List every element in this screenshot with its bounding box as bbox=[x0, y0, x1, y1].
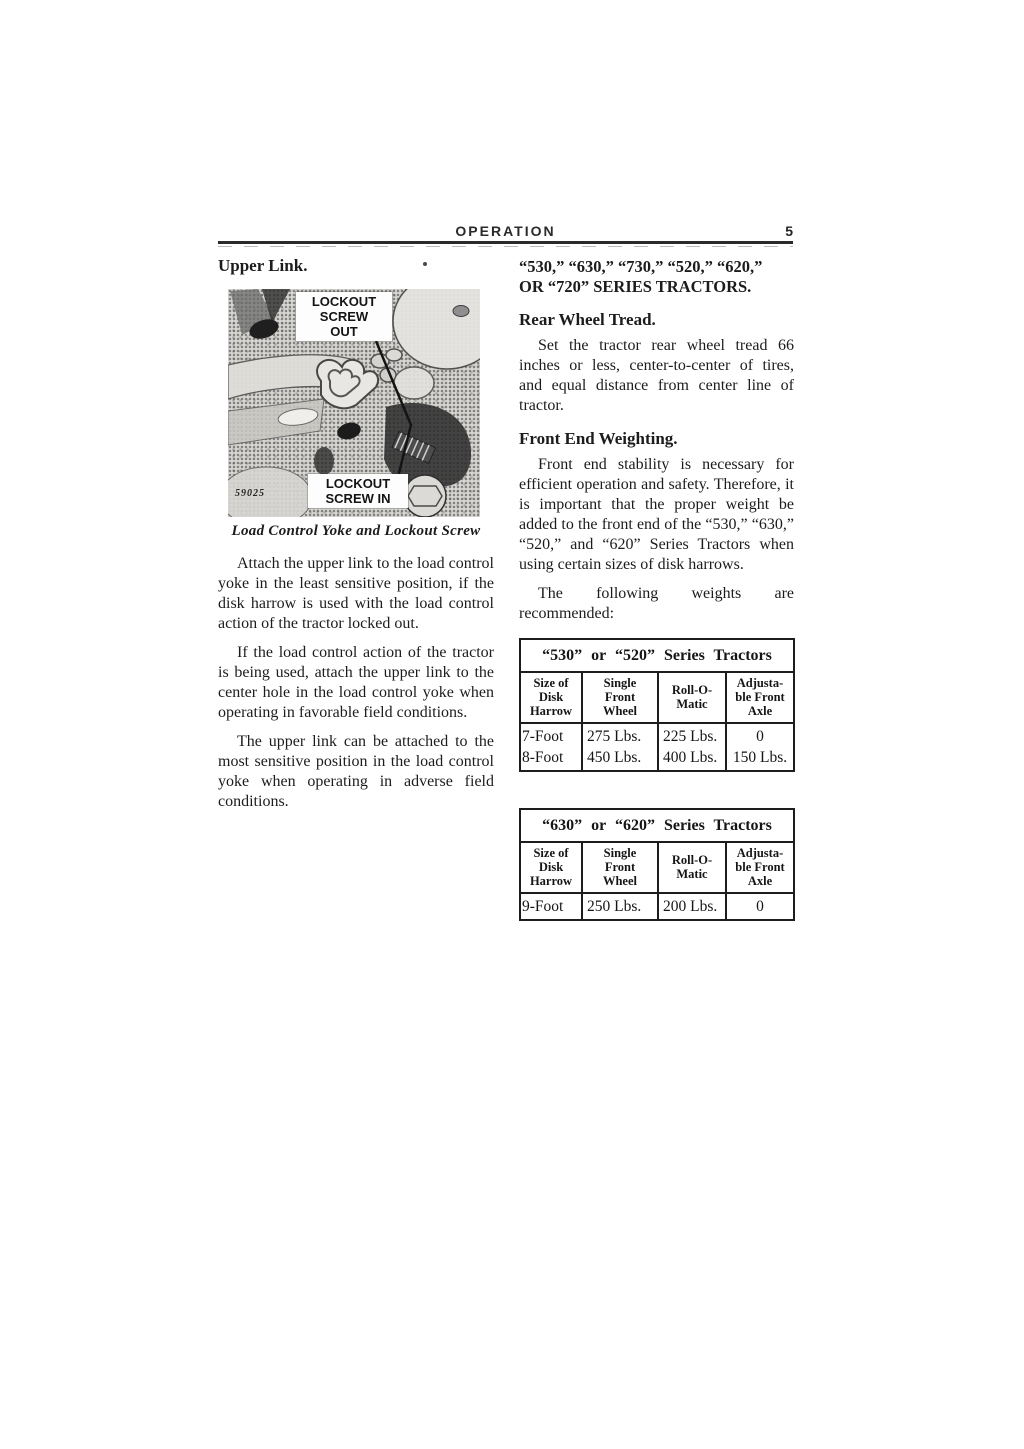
manual-page: OPERATION 5 Upper Link. bbox=[0, 0, 1024, 1449]
col-header-roll-o-matic: Roll-O- Matic bbox=[658, 672, 726, 723]
weights-table-630-620: “630” or “620” Series Tractors Size of D… bbox=[519, 808, 795, 921]
cell-weight: 250 Lbs. bbox=[582, 893, 658, 920]
upper-link-heading: Upper Link. bbox=[218, 255, 494, 276]
col-header-size-of-disk-harrow: Size of Disk Harrow bbox=[520, 672, 582, 723]
paragraph: The following weights are recommended: bbox=[519, 584, 794, 624]
paragraph: If the load control action of the tracto… bbox=[218, 643, 494, 723]
col-header-size-of-disk-harrow: Size of Disk Harrow bbox=[520, 842, 582, 893]
cell-weight: 450 Lbs. bbox=[582, 747, 658, 771]
left-column: Upper Link. bbox=[218, 255, 494, 821]
series-tractors-heading: “530,” “630,” “730,” “520,” “620,” OR “7… bbox=[519, 257, 794, 297]
cell-weight: 0 bbox=[726, 723, 794, 747]
right-column: “530,” “630,” “730,” “520,” “620,” OR “7… bbox=[519, 255, 794, 921]
cell-weight: 275 Lbs. bbox=[582, 723, 658, 747]
table-title: “530” or “520” Series Tractors bbox=[520, 639, 794, 672]
paragraph: Set the tractor rear wheel tread 66 inch… bbox=[519, 336, 794, 416]
cell-size: 8-Foot bbox=[520, 747, 582, 771]
lockout-screw-out-label: LOCKOUT SCREW OUT bbox=[296, 292, 392, 341]
weights-table-530-520: “530” or “520” Series Tractors Size of D… bbox=[519, 638, 795, 772]
cell-weight: 150 Lbs. bbox=[726, 747, 794, 771]
figure-caption: Load Control Yoke and Lockout Screw bbox=[218, 523, 494, 540]
table-row: 8-Foot 450 Lbs. 400 Lbs. 150 Lbs. bbox=[520, 747, 794, 771]
cell-weight: 200 Lbs. bbox=[658, 893, 726, 920]
page-number: 5 bbox=[785, 223, 793, 239]
running-head: OPERATION 5 bbox=[218, 223, 793, 239]
col-header-single-front-wheel: Single Front Wheel bbox=[582, 672, 658, 723]
col-header-adjustable-front-axle: Adjusta- ble Front Axle bbox=[726, 842, 794, 893]
col-header-single-front-wheel: Single Front Wheel bbox=[582, 842, 658, 893]
paragraph: Front end stability is necessary for eff… bbox=[519, 455, 794, 575]
lockout-screw-photo: LOCKOUT SCREW OUT LOCKOUT SCREW IN 59025 bbox=[228, 289, 480, 517]
cell-weight: 225 Lbs. bbox=[658, 723, 726, 747]
lockout-screw-in-label: LOCKOUT SCREW IN bbox=[308, 474, 408, 508]
cell-size: 9-Foot bbox=[520, 893, 582, 920]
cell-size: 7-Foot bbox=[520, 723, 582, 747]
header-rule-scan-echo bbox=[218, 246, 793, 247]
col-header-roll-o-matic: Roll-O- Matic bbox=[658, 842, 726, 893]
header-rule bbox=[218, 241, 793, 244]
paragraph: Attach the upper link to the load contro… bbox=[218, 554, 494, 634]
photo-reference-number: 59025 bbox=[235, 488, 265, 499]
cell-weight: 0 bbox=[726, 893, 794, 920]
series-heading-line2: OR “720” SERIES TRACTORS. bbox=[519, 277, 794, 297]
col-header-adjustable-front-axle: Adjusta- ble Front Axle bbox=[726, 672, 794, 723]
cell-weight: 400 Lbs. bbox=[658, 747, 726, 771]
front-end-weighting-heading: Front End Weighting. bbox=[519, 428, 794, 449]
table-row: 9-Foot 250 Lbs. 200 Lbs. 0 bbox=[520, 893, 794, 920]
rear-wheel-tread-heading: Rear Wheel Tread. bbox=[519, 309, 794, 330]
table-title: “630” or “620” Series Tractors bbox=[520, 809, 794, 842]
table-row: 7-Foot 275 Lbs. 225 Lbs. 0 bbox=[520, 723, 794, 747]
series-heading-line1: “530,” “630,” “730,” “520,” “620,” bbox=[519, 257, 794, 277]
page-title: OPERATION bbox=[218, 223, 793, 239]
paragraph: The upper link can be attached to the mo… bbox=[218, 732, 494, 812]
